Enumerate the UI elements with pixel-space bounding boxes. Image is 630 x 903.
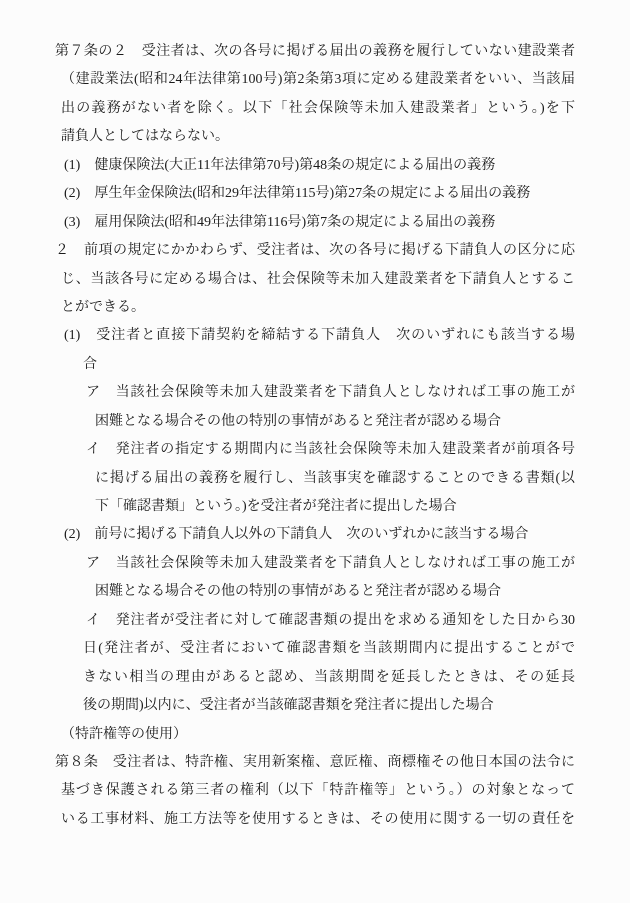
document-line: 合 — [55, 351, 575, 379]
document-line: (3) 雇用保険法(昭和49年法律第116号)第7条の規定による届出の義務 — [55, 209, 575, 237]
document-line: に掲げる届出の義務を履行し、当該事実を確認することのできる書類(以 — [55, 465, 575, 493]
document-line: 請負人としてはならない。 — [55, 123, 575, 151]
document-line: ア 当該社会保険等未加入建設業者を下請負人としなければ工事の施工が — [55, 550, 575, 578]
document-line: イ 発注者の指定する期間内に当該社会保険等未加入建設業者が前項各号 — [55, 436, 575, 464]
document-line: ２ 前項の規定にかかわらず、受注者は、次の各号に掲げる下請負人の区分に応 — [55, 237, 575, 265]
document-line: (1) 健康保険法(大正11年法律第70号)第48条の規定による届出の義務 — [55, 152, 575, 180]
document-line: (1) 受注者と直接下請契約を締結する下請負人 次のいずれにも該当する場 — [55, 322, 575, 350]
document-line: （建設業法(昭和24年法律第100号)第2条第3項に定める建設業者をいい、当該届 — [55, 66, 575, 94]
document-line: (2) 前号に掲げる下請負人以外の下請負人 次のいずれかに該当する場合 — [55, 521, 575, 549]
document-line: イ 発注者が受注者に対して確認書類の提出を求める通知をした日から30 — [55, 607, 575, 635]
document-line: 困難となる場合その他の特別の事情があると発注者が認める場合 — [55, 408, 575, 436]
document-line: 日(発注者が、受注者において確認書類を当該期間内に提出することがで — [55, 635, 575, 663]
document-line: (2) 厚生年金保険法(昭和29年法律第115号)第27条の規定による届出の義務 — [55, 180, 575, 208]
document-line: 下「確認書類」という。)を受注者が発注者に提出した場合 — [55, 493, 575, 521]
document-line: 第７条の２ 受注者は、次の各号に掲げる届出の義務を履行していない建設業者 — [55, 38, 575, 66]
document-line: きない相当の理由があると認め、当該期間を延長したときは、その延長 — [55, 664, 575, 692]
document-line: とができる。 — [55, 294, 575, 322]
document-line: （特許権等の使用） — [55, 721, 575, 749]
document-line: いる工事材料、施工方法等を使用するときは、その使用に関する一切の責任を — [55, 806, 575, 834]
document-line: ア 当該社会保険等未加入建設業者を下請負人としなければ工事の施工が — [55, 379, 575, 407]
document-line: 第８条 受注者は、特許権、実用新案権、意匠権、商標権その他日本国の法令に — [55, 749, 575, 777]
document-line: 困難となる場合その他の特別の事情があると発注者が認める場合 — [55, 578, 575, 606]
contract-document-page: 第７条の２ 受注者は、次の各号に掲げる届出の義務を履行していない建設業者（建設業… — [0, 0, 630, 903]
document-line: 後の期間)以内に、受注者が当該確認書類を発注者に提出した場合 — [55, 692, 575, 720]
document-line: 出の義務がない者を除く。以下「社会保険等未加入建設業者」という。)を下 — [55, 95, 575, 123]
document-line: 基づき保護される第三者の権利（以下「特許権等」という。）の対象となって — [55, 777, 575, 805]
document-line: じ、当該各号に定める場合は、社会保険等未加入建設業者を下請負人とするこ — [55, 266, 575, 294]
